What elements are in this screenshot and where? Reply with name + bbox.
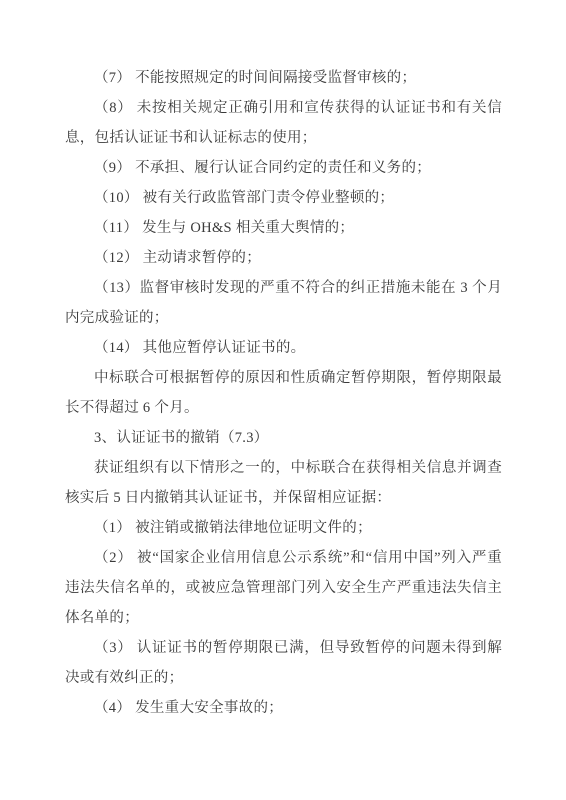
paragraph-10: 3、认证证书的撤销（7.3） <box>65 423 502 453</box>
paragraph-9: 中标联合可根据暂停的原因和性质确定暂停期限，暂停期限最长不得超过 6 个月。 <box>65 363 502 423</box>
document-body: （7） 不能按照规定的时间间隔接受监督审核的；（8） 未按相关规定正确引用和宣传… <box>65 63 502 723</box>
paragraph-6: （12） 主动请求暂停的； <box>65 243 502 273</box>
paragraph-13: （2） 被“国家企业信用信息公示系统”和“信用中国”列入严重违法失信名单的，或被… <box>65 543 502 633</box>
paragraph-11: 获证组织有以下情形之一的，中标联合在获得相关信息并调查核实后 5 日内撤销其认证… <box>65 453 502 513</box>
paragraph-2: （8） 未按相关规定正确引用和宣传获得的认证证书和有关信息，包括认证证书和认证标… <box>65 93 502 153</box>
paragraph-8: （14） 其他应暂停认证证书的。 <box>65 333 502 363</box>
document-page: （7） 不能按照规定的时间间隔接受监督审核的；（8） 未按相关规定正确引用和宣传… <box>0 0 566 800</box>
paragraph-5: （11） 发生与 OH&S 相关重大舆情的； <box>65 213 502 243</box>
paragraph-15: （4） 发生重大安全事故的； <box>65 693 502 723</box>
paragraph-12: （1） 被注销或撤销法律地位证明文件的； <box>65 513 502 543</box>
paragraph-1: （7） 不能按照规定的时间间隔接受监督审核的； <box>65 63 502 93</box>
paragraph-14: （3） 认证证书的暂停期限已满，但导致暂停的问题未得到解决或有效纠正的； <box>65 633 502 693</box>
paragraph-4: （10） 被有关行政监管部门责令停业整顿的； <box>65 183 502 213</box>
paragraph-3: （9） 不承担、履行认证合同约定的责任和义务的； <box>65 153 502 183</box>
paragraph-7: （13）监督审核时发现的严重不符合的纠正措施未能在 3 个月内完成验证的； <box>65 273 502 333</box>
